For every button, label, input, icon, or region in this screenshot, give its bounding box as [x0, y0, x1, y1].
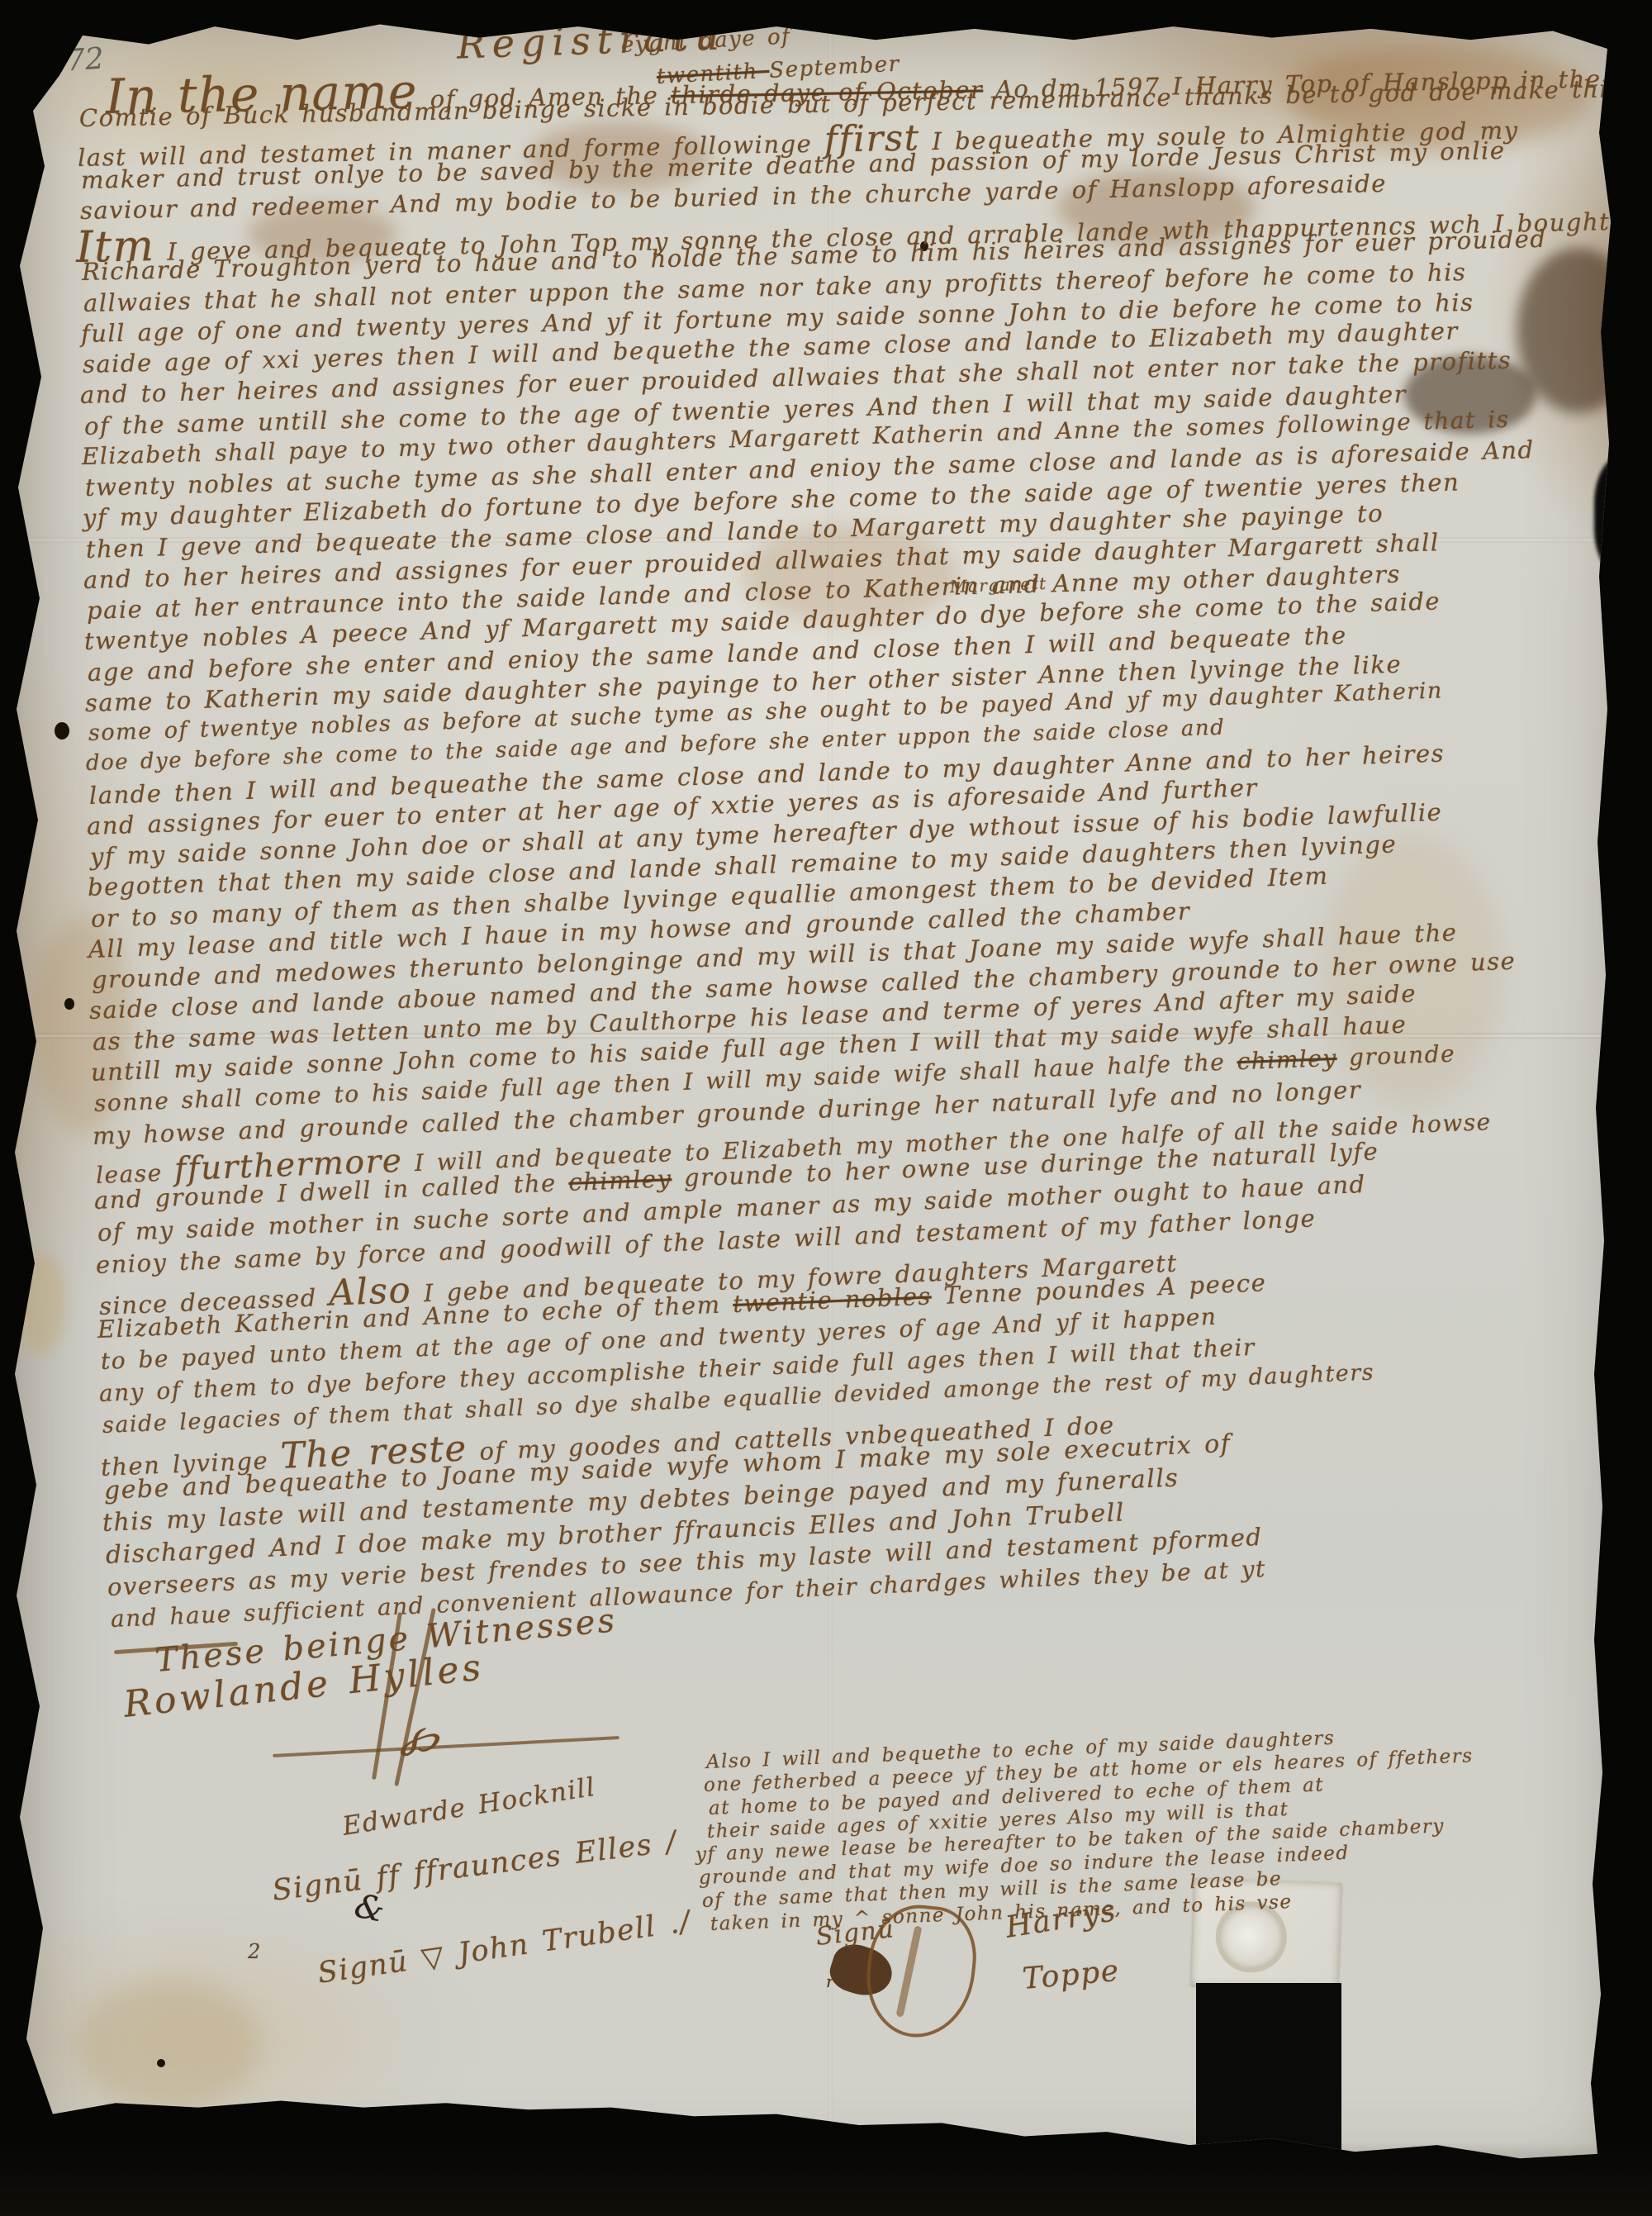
signature-label: Signū ff ffraunces Elles / — [271, 1828, 679, 1906]
edge-tear — [1594, 456, 1652, 576]
burn-stain — [1517, 248, 1640, 413]
worm-hole — [55, 722, 69, 739]
marginal-numeral: 2 — [248, 1942, 262, 1962]
worm-hole — [157, 2059, 165, 2067]
folio-number: 72 — [65, 41, 106, 78]
water-stain — [78, 1979, 260, 2111]
pen-flourish-knot: ℘ — [399, 1708, 445, 1762]
pen-flourish — [273, 1736, 619, 1757]
water-stain — [15, 1252, 66, 1355]
signature-mark-small: r — [826, 1973, 835, 1990]
parchment-sheet: Registratū 72 eyght daye oftwentith Sept… — [0, 0, 1652, 2216]
testator-signature: Toppe — [1021, 1957, 1120, 1995]
worm-hole — [64, 998, 74, 1010]
witness-name: Edwarde Hocknill — [341, 1775, 598, 1840]
manuscript-photo: Registratū 72 eyght daye oftwentith Sept… — [0, 0, 1652, 2216]
black-patch — [1196, 1983, 1341, 2216]
interline-date: eyght daye of — [620, 26, 791, 56]
